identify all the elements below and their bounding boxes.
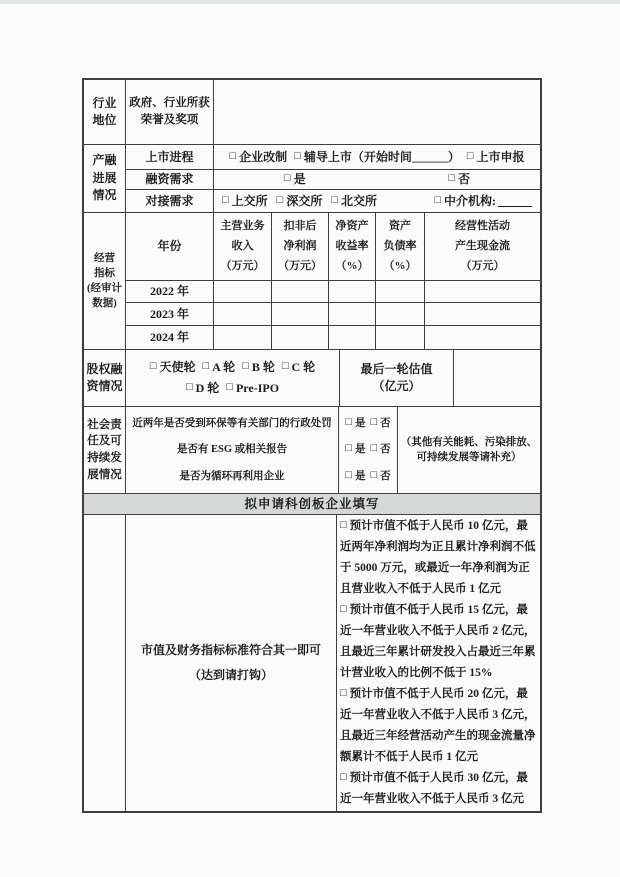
checkbox-option-label: 是 [294,171,306,188]
net-profit-input-cell[interactable] [272,326,329,349]
year-label: 2022 年 [126,281,214,303]
social-questions: 近两年是否受到环保等有关部门的行政处罚 是否有 ESG 或相关报告 是否为循环再… [126,407,339,493]
checkbox-icon[interactable]: □ [345,443,352,454]
market-cap-options: □预计市值不低于人民币 10 亿元，最近两年净利润均为正且累计净利润不低于 50… [337,515,540,811]
checkbox-option-label: B 轮 [252,359,275,376]
financing-need-row: 融资需求 □是 □否 [126,170,540,190]
checkbox-option-label: 否 [380,416,391,431]
year-label: 2024 年 [126,326,214,349]
document-page: 行业 地位 政府、行业所获 荣誉及奖项 产融 进展 情况 上市进程 □企业改制 … [0,0,620,877]
checkbox-option-round-b[interactable]: □B 轮 [242,359,275,376]
checkbox-icon[interactable]: □ [203,361,210,372]
revenue-input-cell[interactable] [214,303,272,325]
checkbox-icon[interactable]: □ [294,151,301,162]
checkbox-option-enterprise-reform[interactable]: □企业改制 [229,149,287,166]
checkbox-icon[interactable]: □ [371,417,378,428]
finance-progress-rows: 上市进程 □企业改制 □辅导上市（开始时间______） □上市申报 融资需求 … [126,145,540,212]
checkbox-option-label: 是 [355,416,366,431]
checkbox-option-label: 上市申报 [476,149,524,166]
checkbox-option-label: 预计市值不低于人民币 15 亿元，最近一年营业收入不低于人民币 2 亿元，且最近… [340,604,536,679]
checkbox-option-sse[interactable]: □上交所 [222,193,268,210]
checkbox-option-no[interactable]: □否 [371,442,391,457]
matching-need-options: □上交所 □深交所 □北交所 □中介机构: [214,190,540,212]
checkbox-icon[interactable]: □ [340,519,347,531]
agency-option-group: □中介机构: [434,193,532,210]
checkbox-option-marketcap-30[interactable]: □预计市值不低于人民币 30 亿元，最近一年营业收入不低于人民币 3 亿元 [340,768,536,810]
last-round-valuation-label: 最后一轮估值 （亿元） [340,350,454,406]
checkbox-option-label: 上交所 [232,193,268,210]
listing-progress-options: □企业改制 □辅导上市（开始时间______） □上市申报 [214,145,540,169]
checkbox-icon[interactable]: □ [150,361,157,372]
valuation-input-cell[interactable] [454,350,540,406]
checkbox-icon[interactable]: □ [340,603,347,615]
checkbox-option-round-a[interactable]: □A 轮 [203,359,236,376]
net-profit-input-cell[interactable] [272,281,329,303]
debt-ratio-input-cell[interactable] [376,303,425,325]
table-row-2022: 2022 年 [126,281,540,304]
application-form-table: 行业 地位 政府、行业所获 荣誉及奖项 产融 进展 情况 上市进程 □企业改制 … [82,78,542,813]
funding-round-line-2: □D 轮 □Pre-IPO [186,380,279,397]
checkbox-option-coaching-listing[interactable]: □辅导上市（开始时间______） [294,149,460,166]
funding-round-line-1: □天使轮 □A 轮 □B 轮 □C 轮 [150,359,315,376]
checkbox-option-label: 否 [380,469,391,484]
cashflow-input-cell[interactable] [425,303,540,325]
criteria-spacer-cell [84,515,126,811]
indicators-section: 经营 指标 (经审计 数据) 年份 主营业务 收入 （万元） 扣非后 净利润 （… [84,213,540,350]
indicators-header-row: 年份 主营业务 收入 （万元） 扣非后 净利润 （万元） 净资产 收益率 （%）… [126,213,540,281]
checkbox-option-label: 预计市值不低于人民币 20 亿元，最近一年营业收入不低于人民币 3 亿元，且最近… [340,688,536,763]
checkbox-option-round-d[interactable]: □D 轮 [186,380,219,397]
checkbox-option-label: 辅导上市（开始时间______） [304,149,460,166]
checkbox-icon[interactable]: □ [371,470,378,481]
checkbox-option-yes[interactable]: □是 [345,442,365,457]
finance-progress-label: 产融 进展 情况 [84,145,126,212]
checkbox-option-szse[interactable]: □深交所 [277,193,323,210]
revenue-input-cell[interactable] [214,281,272,303]
checkbox-option-yes[interactable]: □是 [284,171,306,188]
checkbox-option-no[interactable]: □否 [371,469,391,484]
col-header-main-revenue: 主营业务 收入 （万元） [214,213,272,280]
checkbox-option-label: 否 [380,442,391,457]
checkbox-icon[interactable]: □ [186,382,193,393]
debt-ratio-input-cell[interactable] [376,326,425,349]
col-header-debt-ratio: 资产 负债率 （%） [376,213,425,280]
scan-edge [0,0,620,4]
checkbox-option-label: A 轮 [212,359,235,376]
checkbox-option-label: 预计市值不低于人民币 10 亿元，最近两年净利润均为正且累计净利润不低于 500… [340,520,536,595]
checkbox-option-label: 中介机构: [444,193,496,210]
sustainability-note: （其他有关能耗、污染排放、 可持续发展等请补充） [398,407,540,493]
checkbox-option-round-c[interactable]: □C 轮 [282,359,315,376]
checkbox-option-label: 北交所 [341,193,377,210]
checkbox-icon[interactable]: □ [345,417,352,428]
checkbox-option-marketcap-15[interactable]: □预计市值不低于人民币 15 亿元，最近一年营业收入不低于人民币 2 亿元，且最… [340,600,536,684]
checkbox-option-label: Pre-IPO [236,380,279,397]
financing-need-field: 融资需求 [126,170,214,189]
yes-no-pair: □是 □否 [345,416,390,431]
checkbox-option-label: 深交所 [286,193,322,210]
checkbox-option-label: 天使轮 [159,359,195,376]
checkbox-option-label: D 轮 [196,380,220,397]
checkbox-icon[interactable]: □ [331,195,338,206]
indicators-label: 经营 指标 (经审计 数据) [84,213,126,349]
checkbox-icon[interactable]: □ [222,195,229,206]
yes-no-column: □是 □否 □是 □否 □是 □否 [339,407,398,493]
checkbox-icon[interactable]: □ [340,771,347,783]
checkbox-option-pre-ipo[interactable]: □Pre-IPO [226,380,279,397]
agency-blank-line[interactable] [498,195,532,207]
finance-progress-section: 产融 进展 情况 上市进程 □企业改制 □辅导上市（开始时间______） □上… [84,145,540,213]
table-row-2023: 2023 年 [126,303,540,326]
checkbox-option-yes[interactable]: □是 [345,469,365,484]
col-header-operating-cashflow: 经营性活动 产生现金流 （万元） [425,213,540,280]
question-recycling: 是否为循环再利用企业 [180,469,285,484]
net-profit-input-cell[interactable] [272,303,329,325]
cashflow-input-cell[interactable] [425,281,540,303]
social-responsibility-label: 社会责 任及可 持续发 展情况 [84,407,126,493]
checkbox-icon[interactable]: □ [340,687,347,699]
checkbox-icon[interactable]: □ [282,361,289,372]
checkbox-icon[interactable]: □ [242,361,249,372]
equity-financing-label: 股权融 资情况 [84,350,126,406]
matching-need-field: 对接需求 [126,190,214,212]
checkbox-option-angel-round[interactable]: □天使轮 [150,359,196,376]
checkbox-option-label: 预计市值不低于人民币 30 亿元，最近一年营业收入不低于人民币 3 亿元 [340,772,528,805]
checkbox-icon[interactable]: □ [434,195,441,206]
checkbox-icon[interactable]: □ [229,151,236,162]
listing-progress-field: 上市进程 [126,145,214,169]
col-header-year: 年份 [126,213,214,280]
checkbox-icon[interactable]: □ [226,382,233,393]
debt-ratio-input-cell[interactable] [376,281,425,303]
roe-input-cell[interactable] [329,281,376,303]
cashflow-input-cell[interactable] [425,326,540,349]
yes-no-pair: □是 □否 [345,469,390,484]
checkbox-option-no[interactable]: □否 [371,416,391,431]
year-label: 2023 年 [126,303,214,325]
question-env-penalty: 近两年是否受到环保等有关部门的行政处罚 [132,416,332,431]
checkbox-option-listing-application[interactable]: □上市申报 [467,149,525,166]
checkbox-option-label: 是 [355,442,366,457]
revenue-input-cell[interactable] [214,326,272,349]
industry-position-label: 行业 地位 [84,80,126,144]
col-header-net-profit: 扣非后 净利润 （万元） [272,213,329,280]
roe-input-cell[interactable] [329,303,376,325]
checkbox-icon[interactable]: □ [284,173,291,184]
criteria-instruction: 市值及财务指标标准符合其一即可 （达到请打钩） [126,515,337,811]
checkbox-option-label: 企业改制 [239,149,287,166]
industry-position-row: 行业 地位 政府、行业所获 荣誉及奖项 [84,80,540,145]
checkbox-option-marketcap-20[interactable]: □预计市值不低于人民币 20 亿元，最近一年营业收入不低于人民币 3 亿元，且最… [340,684,536,768]
checkbox-option-label: C 轮 [292,359,316,376]
financing-need-options: □是 □否 [214,170,540,189]
matching-need-row: 对接需求 □上交所 □深交所 □北交所 □中介机构: [126,190,540,212]
checkbox-option-yes[interactable]: □是 [345,416,365,431]
checkbox-option-intermediary[interactable]: □中介机构: [434,193,496,210]
question-esg-report: 是否有 ESG 或相关报告 [177,442,287,457]
checkbox-option-no[interactable]: □否 [448,171,470,188]
equity-financing-row: 股权融 资情况 □天使轮 □A 轮 □B 轮 □C 轮 □D 轮 □Pre-IP… [84,350,540,407]
table-row-2024: 2024 年 [126,326,540,349]
sci-board-section-title: 拟申请科创板企业填写 [84,494,540,514]
checkbox-icon[interactable]: □ [345,470,352,481]
col-header-roe: 净资产 收益率 （%） [329,213,376,280]
checkbox-icon[interactable]: □ [277,195,284,206]
checkbox-option-label: 否 [458,171,470,188]
checkbox-icon[interactable]: □ [371,443,378,454]
roe-input-cell[interactable] [329,326,376,349]
social-responsibility-row: 社会责 任及可 持续发 展情况 近两年是否受到环保等有关部门的行政处罚 是否有 … [84,407,540,494]
checkbox-option-bse[interactable]: □北交所 [331,193,377,210]
yes-no-pair: □是 □否 [345,442,390,457]
listing-progress-row: 上市进程 □企业改制 □辅导上市（开始时间______） □上市申报 [126,145,540,170]
sci-board-criteria-section: 市值及财务指标标准符合其一即可 （达到请打钩） □预计市值不低于人民币 10 亿… [84,515,540,811]
checkbox-option-marketcap-10[interactable]: □预计市值不低于人民币 10 亿元，最近两年净利润均为正且累计净利润不低于 50… [340,516,536,600]
honors-input-cell[interactable] [214,80,540,144]
sci-board-section-bar: 拟申请科创板企业填写 [84,494,540,515]
checkbox-icon[interactable]: □ [467,151,474,162]
checkbox-icon[interactable]: □ [448,173,455,184]
checkbox-option-label: 是 [355,469,366,484]
funding-round-options: □天使轮 □A 轮 □B 轮 □C 轮 □D 轮 □Pre-IPO [126,350,340,406]
indicators-table: 年份 主营业务 收入 （万元） 扣非后 净利润 （万元） 净资产 收益率 （%）… [126,213,540,349]
honors-field-label: 政府、行业所获 荣誉及奖项 [126,80,214,144]
